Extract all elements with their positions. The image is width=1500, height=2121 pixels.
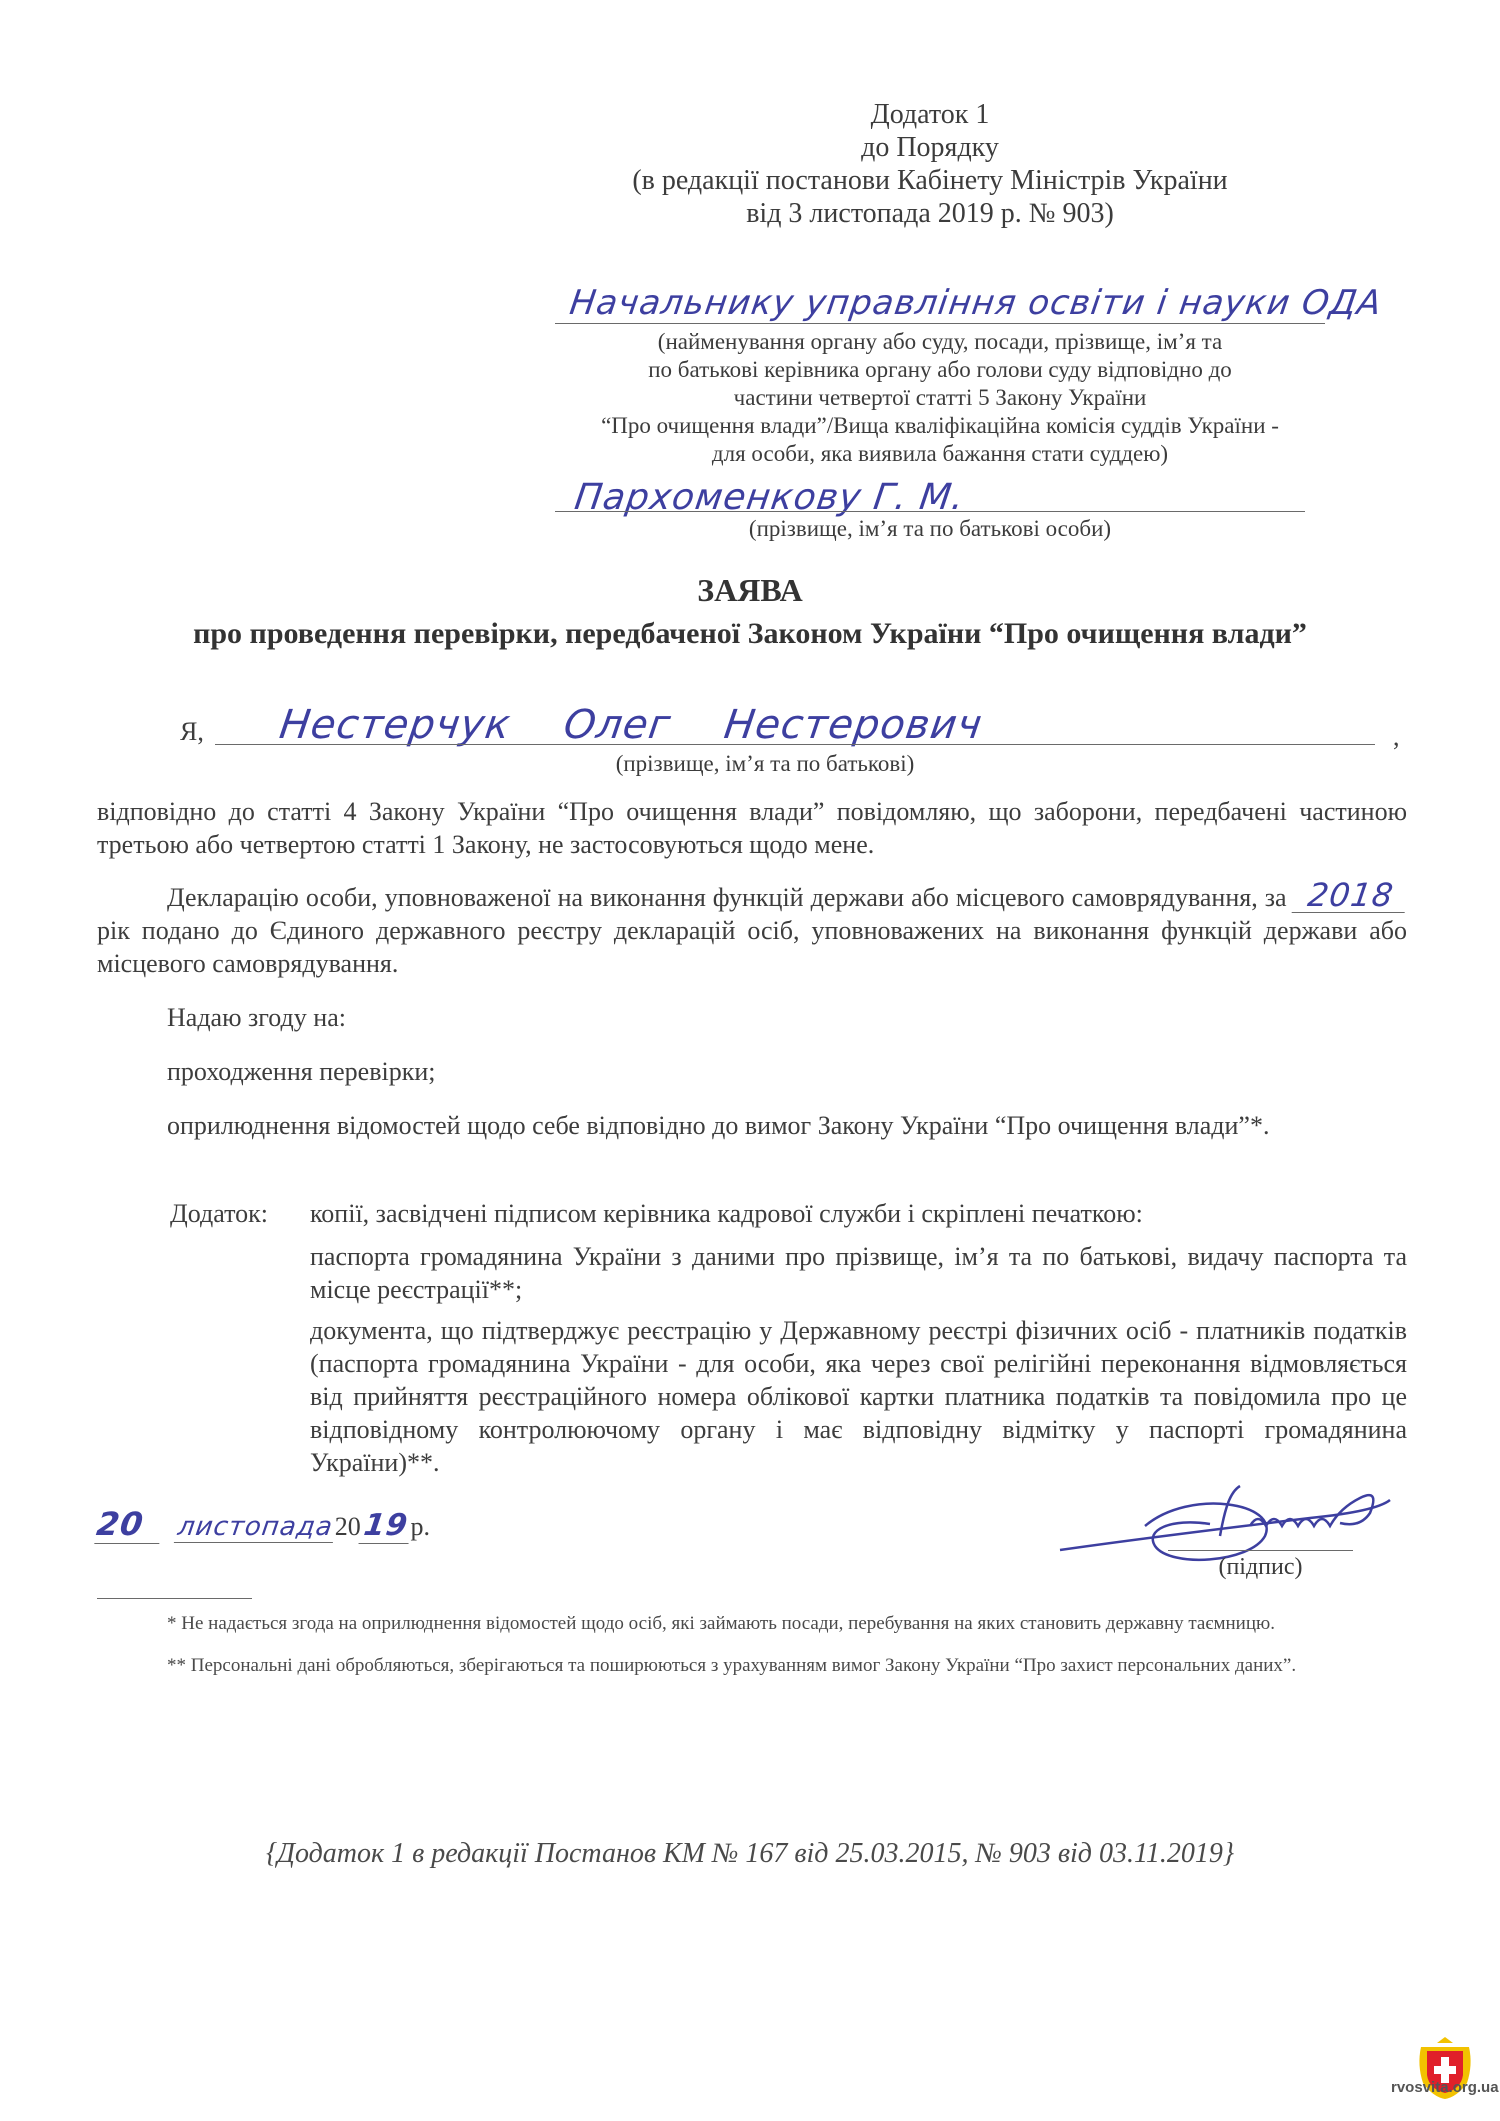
- attachment-item: паспорта громадянина України з даними пр…: [310, 1240, 1407, 1306]
- handwritten-declaration-year: 2018: [1291, 879, 1409, 913]
- handwritten-addressee-org: Начальнику управління освіти і науки ОДА: [567, 283, 1384, 323]
- signature-caption: (підпис): [1168, 1553, 1353, 1581]
- signature-underline: [1168, 1550, 1353, 1551]
- addressee-person-underline: [555, 511, 1305, 512]
- addressee-org-underline: [555, 323, 1325, 324]
- footnote-personal-data: ** Персональні дані обробляються, зберіг…: [97, 1652, 1407, 1680]
- editorial-note: {Додаток 1 в редакції Постанов КМ № 167 …: [150, 1838, 1350, 1870]
- document-body: відповідно до статті 4 Закону України “П…: [97, 795, 1407, 1142]
- caption-line: для особи, яка виявила бажання стати суд…: [555, 440, 1325, 468]
- caption-line: (найменування органу або суду, посади, п…: [555, 328, 1325, 356]
- applicant-prefix: Я,: [180, 717, 204, 747]
- declaration-paragraph: Декларацію особи, уповноваженої на викон…: [97, 879, 1407, 980]
- footnote-consent: * Не надається згода на оприлюднення від…: [97, 1610, 1407, 1638]
- declaration-text-before: Декларацію особи, уповноваженої на викон…: [167, 883, 1287, 912]
- applicant-name-underline: [215, 744, 1375, 745]
- addressee-org-caption: (найменування органу або суду, посади, п…: [555, 328, 1325, 468]
- date-year-unit: р.: [411, 1512, 431, 1541]
- attachment-item: документа, що підтверджує реєстрацію у Д…: [310, 1314, 1407, 1479]
- consent-item-publication: оприлюднення відомостей щодо себе відпов…: [97, 1109, 1407, 1142]
- watermark-text: rvosvita.org.ua: [1391, 2079, 1499, 2096]
- header-line: від 3 листопада 2019 р. № 903): [560, 197, 1300, 230]
- attachments-intro: копії, засвідчені підписом керівника кад…: [310, 1197, 1143, 1230]
- caption-line: “Про очищення влади”/Вища кваліфікаційна…: [555, 412, 1325, 440]
- statement-paragraph: відповідно до статті 4 Закону України “П…: [97, 795, 1407, 861]
- site-watermark[interactable]: rvosvita.org.ua: [1395, 2035, 1495, 2115]
- caption-line: по батькові керівника органу або голови …: [555, 356, 1325, 384]
- attachments-label: Додаток:: [170, 1197, 268, 1230]
- footnote-separator: [97, 1598, 252, 1599]
- handwritten-applicant-name: Нестерчук Олег Нестерович: [277, 702, 986, 748]
- handwritten-date-day: 20: [94, 1505, 164, 1544]
- document-header: Додаток 1 до Порядку (в редакції постано…: [560, 98, 1300, 230]
- header-line: до Порядку: [560, 131, 1300, 164]
- consent-intro: Надаю згоду на:: [97, 1001, 1407, 1034]
- document-subtitle: про проведення перевірки, передбаченої З…: [80, 617, 1420, 651]
- attachments-list: паспорта громадянина України з даними пр…: [310, 1240, 1407, 1479]
- addressee-person-caption: (прізвище, ім’я та по батькові особи): [555, 515, 1305, 543]
- caption-line: частини четвертої статті 5 Закону Україн…: [555, 384, 1325, 412]
- declaration-text-after: рік подано до Єдиного державного реєстру…: [97, 916, 1407, 978]
- document-title: ЗАЯВА: [0, 572, 1500, 609]
- consent-item-verification: проходження перевірки;: [97, 1055, 1407, 1088]
- application-date: 20 листопада2019р.: [97, 1505, 430, 1544]
- date-year-prefix: 20: [335, 1512, 361, 1541]
- footnotes: * Не надається згода на оприлюднення від…: [97, 1610, 1407, 1680]
- handwritten-date-month: листопада: [174, 1512, 337, 1543]
- header-line: (в редакції постанови Кабінету Міністрів…: [560, 164, 1300, 197]
- handwritten-date-year: 19: [358, 1508, 413, 1544]
- applicant-suffix: ,: [1393, 722, 1400, 752]
- header-line: Додаток 1: [560, 98, 1300, 131]
- applicant-caption: (прізвище, ім’я та по батькові): [555, 750, 975, 778]
